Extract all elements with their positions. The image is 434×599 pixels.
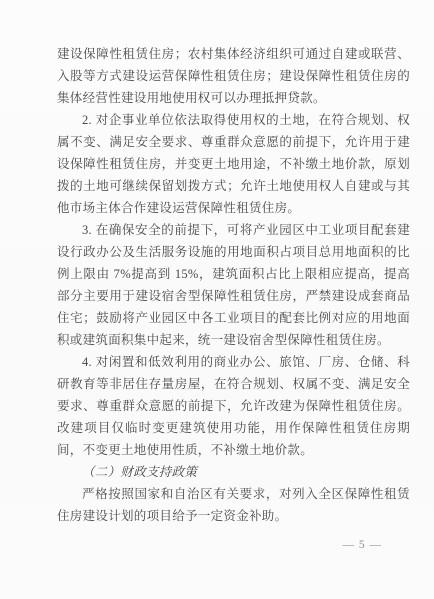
page-number: — 5 — (343, 538, 383, 552)
paragraph-fiscal-subsidy: 严格按照国家和自治区有关要求，对列入全区保障性租赁住房建设计划的项目给予一定资金… (57, 483, 410, 527)
paragraph-item-4-idle-buildings: 4. 对闲置和低效利用的商业办公、旅馆、厂房、仓储、科研教育等非居住存量房屋，在… (57, 351, 410, 461)
scanned-document-page: 建设保障性租赁住房；农村集体经济组织可通过自建或联营、入股等方式建设运营保障性租… (0, 0, 434, 599)
paragraph-item-3-industrial-park: 3. 在确保安全的前提下，可将产业园区中工业项目配套建设行政办公及生活服务设施的… (57, 219, 410, 351)
document-text-block: 建设保障性租赁住房；农村集体经济组织可通过自建或联营、入股等方式建设运营保障性租… (57, 43, 410, 527)
paragraph-land-policy-continuation: 建设保障性租赁住房；农村集体经济组织可通过自建或联营、入股等方式建设运营保障性租… (57, 43, 410, 109)
paragraph-item-2-enterprise-land: 2. 对企事业单位依法取得使用权的土地，在符合规划、权属不变、满足安全要求、尊重… (57, 109, 410, 219)
section-heading-fiscal-support: （二）财政支持政策 (57, 461, 410, 483)
